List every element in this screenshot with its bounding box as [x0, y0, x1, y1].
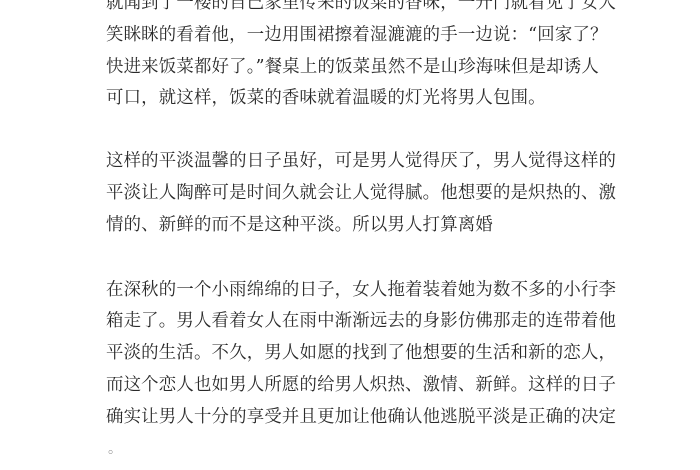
- text-line: 笑眯眯的看着他，一边用围裙擦着湿漉漉的手一边说：“回家了？: [106, 20, 598, 52]
- text-line: 箱走了。男人看着女人在雨中渐渐远去的身影仿佛那走的连带着他: [106, 306, 598, 338]
- paragraph-3: 在深秋的一个小雨绵绵的日子，女人拖着装着她为数不多的小行李 箱走了。男人看着女人…: [106, 275, 598, 466]
- text-line: 就闻到了一楼的自己家里传来的饭菜的香味，一开门就看见了女人: [106, 0, 598, 20]
- text-line: 而这个恋人也如男人所愿的给男人炽热、激情、新鲜。这样的日子: [106, 370, 598, 402]
- text-line: 在深秋的一个小雨绵绵的日子，女人拖着装着她为数不多的小行李: [106, 275, 598, 307]
- text-line: 快进来饭菜都好了。”餐桌上的饭菜虽然不是山珍海味但是却诱人: [106, 52, 598, 84]
- paragraph-spacer: [106, 115, 598, 146]
- paragraph-1: 就闻到了一楼的自己家里传来的饭菜的香味，一开门就看见了女人 笑眯眯的看着他，一边…: [106, 0, 598, 115]
- paragraph-2: 这样的平淡温馨的日子虽好，可是男人觉得厌了，男人觉得这样的 平淡让人陶醉可是时间…: [106, 146, 598, 241]
- text-line: 平淡的生活。不久，男人如愿的找到了他想要的生活和新的恋人，: [106, 338, 598, 370]
- document-page: 就闻到了一楼的自己家里传来的饭菜的香味，一开门就看见了女人 笑眯眯的看着他，一边…: [106, 0, 598, 465]
- text-line: 这样的平淡温馨的日子虽好，可是男人觉得厌了，男人觉得这样的: [106, 146, 598, 178]
- paragraph-spacer: [106, 242, 598, 275]
- trailing-punctuation: 。: [106, 434, 598, 466]
- text-line: 可口，就这样，饭菜的香味就着温暖的灯光将男人包围。: [106, 83, 598, 115]
- text-line: 情的、新鲜的而不是这种平淡。所以男人打算离婚: [106, 210, 598, 242]
- text-line: 确实让男人十分的享受并且更加让他确认他逃脱平淡是正确的决定: [106, 402, 598, 434]
- text-line: 平淡让人陶醉可是时间久就会让人觉得腻。他想要的是炽热的、激: [106, 178, 598, 210]
